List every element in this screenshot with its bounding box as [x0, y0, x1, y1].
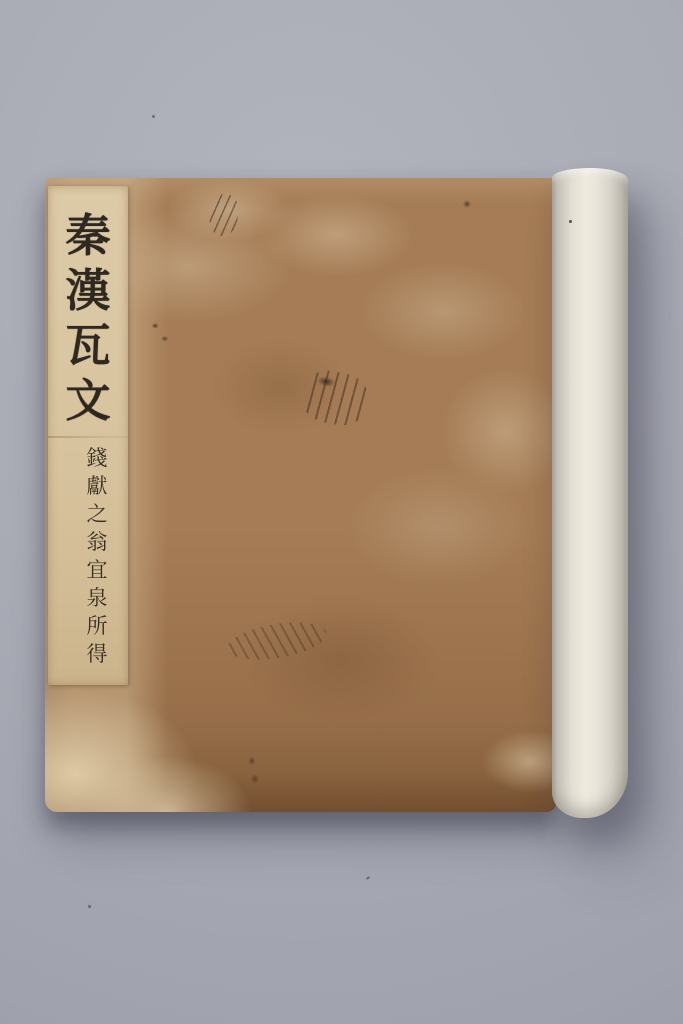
ink-smudge [207, 192, 241, 238]
title-char: 漢 [65, 263, 110, 318]
ink-smudge [463, 200, 471, 208]
inscription-char: 得 [87, 640, 108, 668]
ink-smudge [243, 752, 265, 788]
inscription-char: 獻 [87, 472, 108, 500]
dust-speck [366, 876, 370, 880]
provenance-inscription: 錢 獻 之 翁 宜 泉 所 得 [57, 444, 137, 668]
inscription-char: 翁 [87, 528, 108, 556]
ink-smudge [225, 616, 329, 665]
ink-smudge [299, 367, 371, 429]
book-cover: 秦 漢 瓦 文 錢 獻 之 翁 宜 泉 所 得 [45, 178, 556, 812]
photograph: 秦 漢 瓦 文 錢 獻 之 翁 宜 泉 所 得 [0, 0, 683, 1024]
inscription-char: 之 [87, 500, 108, 528]
inscription-char: 所 [87, 612, 108, 640]
slip-crease [48, 436, 128, 438]
title-char: 文 [65, 373, 110, 428]
title-calligraphy: 秦 漢 瓦 文 [48, 208, 128, 428]
inscription-char: 宜 [87, 556, 108, 584]
paper-roll-speck [569, 220, 572, 223]
dust-speck [87, 904, 91, 908]
ink-smudge [148, 318, 172, 346]
title-char: 秦 [65, 208, 110, 263]
paper-roll [552, 168, 628, 818]
dust-speck [152, 115, 155, 118]
inscription-char: 泉 [87, 584, 108, 612]
title-slip: 秦 漢 瓦 文 錢 獻 之 翁 宜 泉 所 得 [48, 186, 128, 685]
title-char: 瓦 [65, 318, 110, 373]
inscription-char: 錢 [87, 444, 108, 472]
